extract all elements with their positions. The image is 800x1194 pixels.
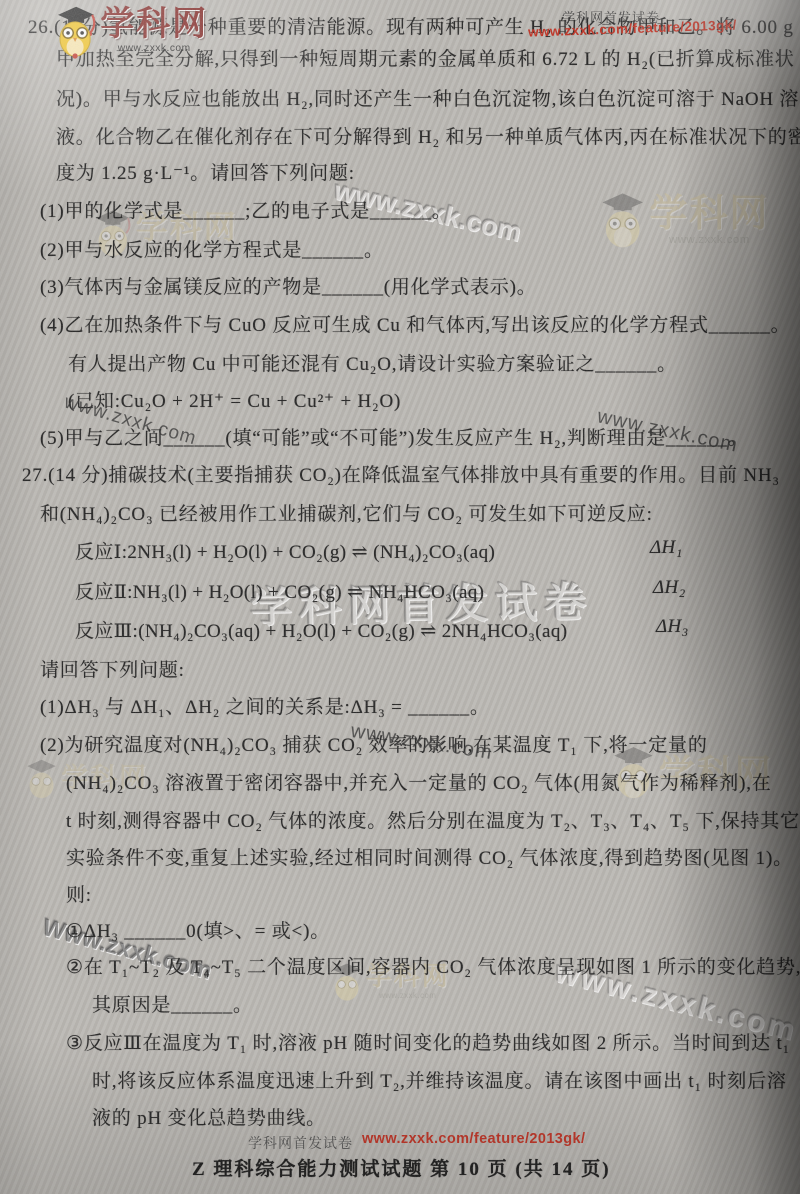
q26-item-4: (4)乙在加热条件下与 CuO 反应可生成 Cu 和气体丙,写出该反应的化学方程… — [40, 310, 790, 337]
q27-reaction-1: 反应Ⅰ:2NH₃(l) + H₂O(l) + CO₂(g) ⇌ (NH₄)₂CO… — [75, 537, 495, 564]
footer-page-number: Z 理科综合能力测试试题 第 10 页 (共 14 页) — [192, 1154, 611, 1181]
zxxk-logo-text: 学科网 — [100, 8, 208, 42]
zxxk-logo: 学科网www.zxxk.com — [54, 2, 208, 60]
zxxk-url-watermark: www.zxxk.com — [349, 720, 494, 765]
footer-source-url: www.zxxk.com/feature/2013gk/ — [362, 1131, 585, 1147]
q26-item-1: (1)甲的化学式是______;乙的电子式是______。 — [40, 196, 452, 223]
q27-sub-item-1: ①ΔH₃ ______0(填>、= 或<)。 — [66, 916, 330, 943]
q27-reaction-3-enthalpy: ΔH₃ — [656, 616, 689, 638]
q27-item-2-line-3: t 时刻,测得容器中 CO₂ 气体的浓度。然后分别在温度为 T₂、T₃、T₄、T… — [66, 806, 800, 833]
q27-prompt: 请回答下列问题: — [40, 655, 185, 682]
zxxk-logo-watermark: 学科网www.zxxk.com — [598, 188, 769, 253]
q27-stem-line-1: 27.(14 分)捕碳技术(主要指捕获 CO₂)在降低温室气体排放中具有重要的作… — [22, 460, 780, 487]
q27-stem-line-2: 和(NH₄)₂CO₃ 已经被用作工业捕碳剂,它们与 CO₂ 可发生如下可逆反应: — [40, 499, 653, 526]
zxxk-logo-url: www.zxxk.com — [669, 235, 750, 246]
zxxk-logo-url: www.zxxk.com — [118, 44, 191, 54]
q26-stem-line-4: 液。化合物乙在催化剂存在下可分解得到 H₂ 和另一种单质气体丙,丙在标准状况下的… — [56, 122, 800, 149]
q27-sub-item-3-cont-1: 时,将该反应体系温度迅速上升到 T₂,并维持该温度。请在该图中画出 t₁ 时刻后… — [92, 1066, 787, 1093]
q27-reaction-2: 反应Ⅱ:NH₃(l) + H₂O(l) + CO₂(g) ⇌ NH₄HCO₃(a… — [75, 577, 484, 604]
q27-item-2-line-4: 实验条件不变,重复上述实验,经过相同时间测得 CO₂ 气体浓度,得到趋势图(见图… — [66, 843, 793, 870]
zxxk-logo-url: www.zxxk.com — [379, 992, 436, 1000]
q26-stem-line-5: 度为 1.25 g·L⁻¹。请回答下列问题: — [56, 158, 355, 185]
q26-item-4-cont: 有人提出产物 Cu 中可能还混有 Cu₂O,请设计实验方案验证之______。 — [68, 349, 677, 376]
exam-page-scan: 学科网www.zxxk.com 学科网www.zxxk.com 学科网 学科网 … — [0, 0, 800, 1194]
q27-sub-item-2-cont: 其原因是______。 — [92, 990, 253, 1017]
owl-icon — [54, 2, 98, 60]
zxxk-logo-text: 学科网 — [649, 195, 769, 233]
q26-item-3: (3)气体丙与金属镁反应的产物是______(用化学式表示)。 — [40, 272, 537, 299]
q27-sub-item-2: ②在 T₁~T₂ 及 T₄~T₅ 二个温度区间,容器内 CO₂ 气体浓度呈现如图… — [66, 952, 800, 979]
q27-reaction-1-enthalpy: ΔH₁ — [650, 537, 683, 559]
q27-item-2-line-2: (NH₄)₂CO₃ 溶液置于密闭容器中,并充入一定量的 CO₂ 气体(用氮气作为… — [66, 768, 772, 795]
q27-item-1: (1)ΔH₃ 与 ΔH₁、ΔH₂ 之间的关系是:ΔH₃ = ______。 — [40, 692, 490, 719]
q27-sub-item-3: ③反应Ⅲ在温度为 T₁ 时,溶液 pH 随时间变化的趋势曲线如图 2 所示。当时… — [66, 1028, 790, 1055]
footer-source-text: 学科网首发试卷 — [248, 1133, 353, 1153]
q27-reaction-3: 反应Ⅲ:(NH₄)₂CO₃(aq) + H₂O(l) + CO₂(g) ⇌ 2N… — [75, 616, 567, 643]
q26-stem-line-3: 况)。甲与水反应也能放出 H₂,同时还产生一种白色沉淀物,该白色沉淀可溶于 Na… — [56, 84, 799, 111]
q27-reaction-2-enthalpy: ΔH₂ — [653, 577, 686, 599]
q27-sub-item-3-cont-2: 液的 pH 变化总趋势曲线。 — [92, 1103, 326, 1130]
q27-item-2-line-5: 则: — [66, 880, 92, 907]
owl-icon — [24, 756, 59, 802]
owl-icon — [598, 188, 647, 253]
q26-item-2: (2)甲与水反应的化学方程式是______。 — [40, 235, 384, 262]
